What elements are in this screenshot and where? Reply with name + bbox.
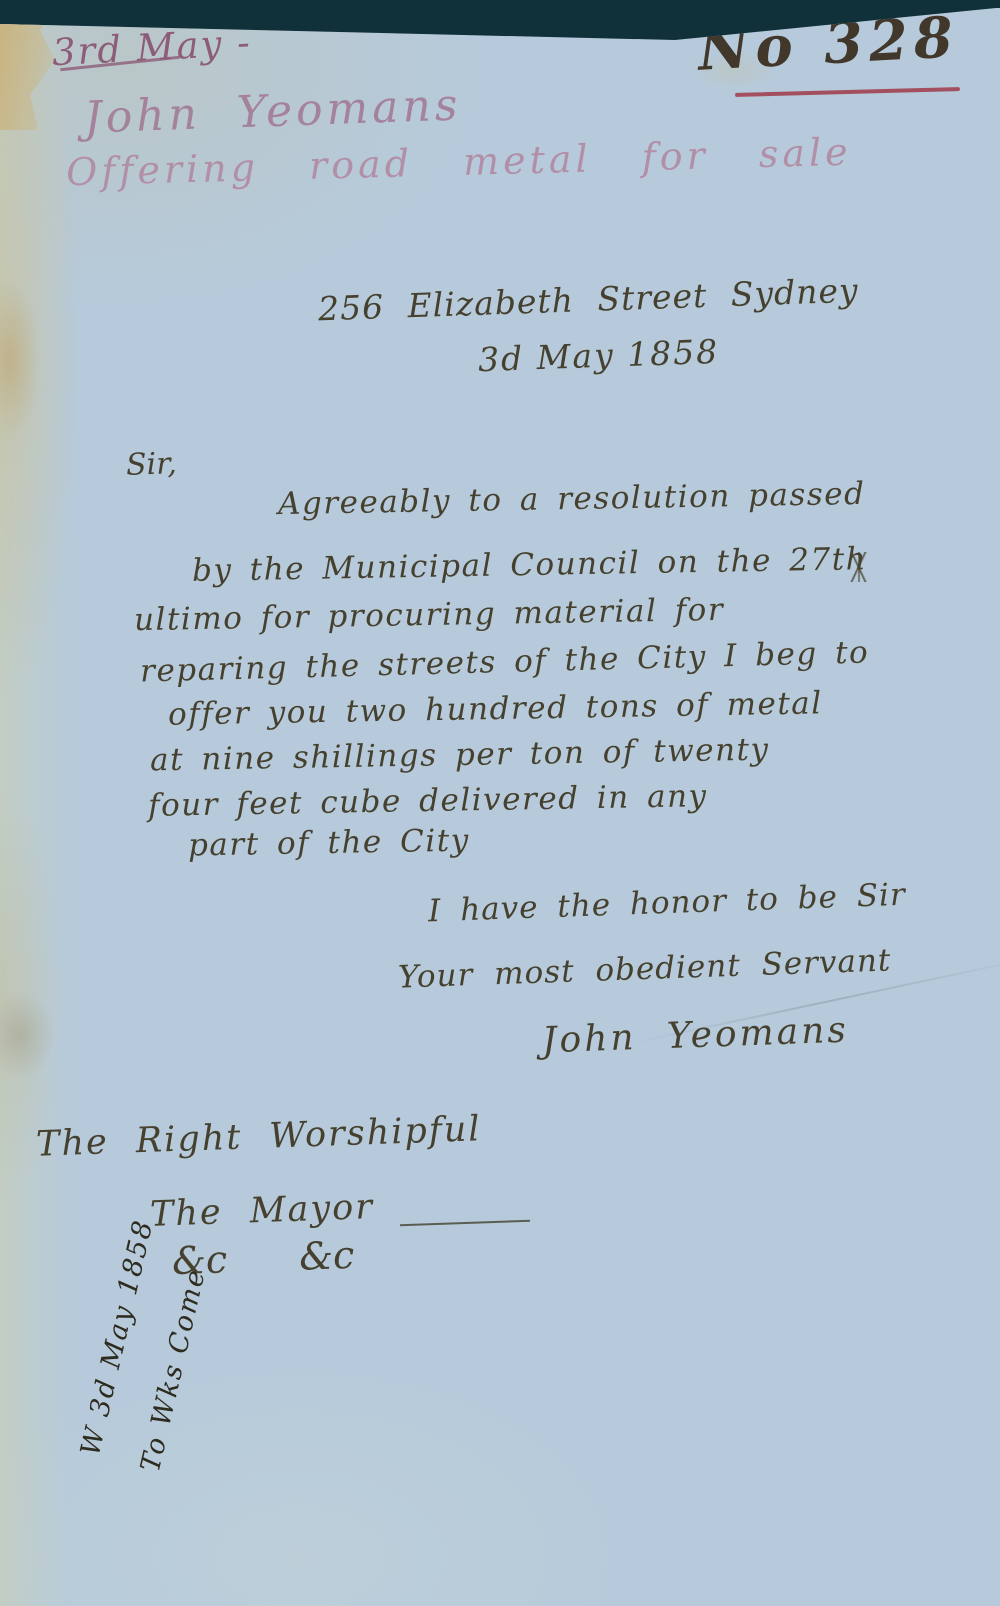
letter-salutation: Sir, — [125, 447, 177, 482]
ink-correction-scribble — [848, 552, 870, 582]
addressee-line: The Mayor — [149, 1188, 374, 1234]
body-line: four feet cube delivered in any — [148, 779, 708, 823]
edge-stain — [0, 990, 55, 1080]
body-line: offer you two hundred tons of metal — [168, 686, 823, 732]
docket-note-line: To Wks Come — [136, 1266, 212, 1475]
valediction-line: I have the honor to be Sir — [428, 878, 907, 929]
body-line: part of the City — [188, 824, 470, 863]
registry-subject-note: Offering road metal for sale — [66, 132, 853, 194]
body-line: reparing the streets of the City I beg t… — [140, 635, 870, 688]
document-number-underline — [735, 87, 960, 97]
letter-address: 256 Elizabeth Street Sydney — [318, 273, 860, 328]
body-line: Agreeably to a resolution passed — [278, 477, 866, 521]
body-line: by the Municipal Council on the 27th — [192, 542, 868, 588]
edge-stain — [0, 280, 40, 440]
signature: John Yeomans — [541, 1011, 849, 1061]
document-number: No 328 — [697, 7, 961, 82]
valediction-line: Your most obedient Servant — [398, 943, 892, 994]
body-line: at nine shillings per ton of twenty — [150, 733, 770, 778]
scan-background: 3rd May - No 328 John Yeomans Offering r… — [0, 0, 1000, 1606]
addressee-dash — [400, 1220, 530, 1227]
addressee-line: The Right Worshipful — [35, 1110, 482, 1164]
letter-date: 3d May 1858 — [477, 334, 719, 379]
body-line: ultimo for procuring material for — [134, 593, 725, 637]
registry-sender-note: John Yeomans — [83, 81, 462, 143]
letter-sheet: 3rd May - No 328 John Yeomans Offering r… — [0, 0, 1000, 1606]
